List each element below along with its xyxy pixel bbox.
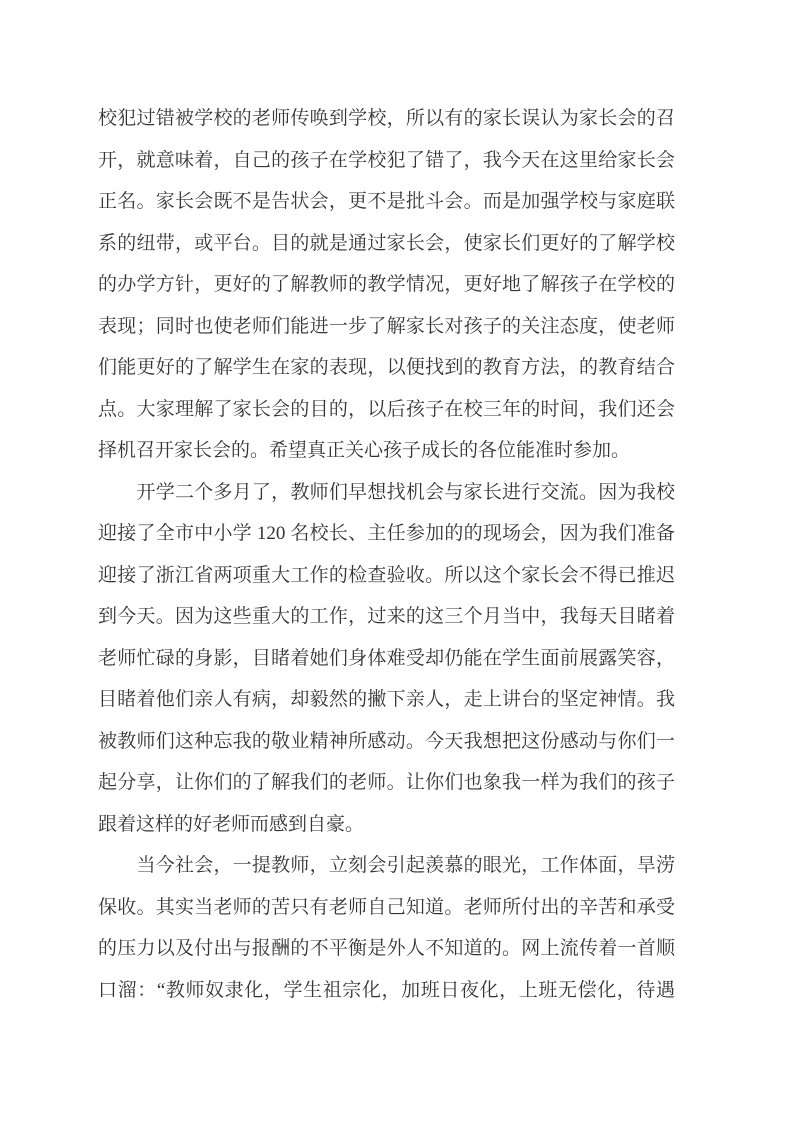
text-line: 迎接了浙江省两项重大工作的检查验收。所以这个家长会不得已推迟 xyxy=(98,555,675,597)
paragraph: 当今社会，一提教师，立刻会引起羡慕的眼光，工作体面，旱涝保收。其实当老师的苦只有… xyxy=(98,845,675,1011)
text-line: 开，就意味着，自己的孩子在学校犯了错了，我今天在这里给家长会 xyxy=(98,140,675,182)
text-line: 跟着这样的好老师而感到自豪。 xyxy=(98,804,675,846)
text-line: 表现；同时也使老师们能进一步了解家长对孩子的关注态度，使老师 xyxy=(98,306,675,348)
text-line: 被教师们这种忘我的敬业精神所感动。今天我想把这份感动与你们一 xyxy=(98,721,675,763)
document-page: 校犯过错被学校的老师传唤到学校，所以有的家长误认为家长会的召开，就意味着，自己的… xyxy=(0,0,793,1122)
text-line: 口溜：“教师奴隶化，学生祖宗化，加班日夜化，上班无偿化，待遇 xyxy=(98,970,675,1012)
text-line: 们能更好的了解学生在家的表现，以便找到的教育方法，的教育结合 xyxy=(98,347,675,389)
text-line: 点。大家理解了家长会的目的，以后孩子在校三年的时间，我们还会 xyxy=(98,389,675,431)
text-line: 校犯过错被学校的老师传唤到学校，所以有的家长误认为家长会的召 xyxy=(98,98,675,140)
text-line: 当今社会，一提教师，立刻会引起羡慕的眼光，工作体面，旱涝 xyxy=(98,845,675,887)
document-text-body: 校犯过错被学校的老师传唤到学校，所以有的家长误认为家长会的召开，就意味着，自己的… xyxy=(98,98,675,1011)
paragraph: 开学二个多月了，教师们早想找机会与家长进行交流。因为我校迎接了全市中小学 120… xyxy=(98,472,675,846)
paragraph: 校犯过错被学校的老师传唤到学校，所以有的家长误认为家长会的召开，就意味着，自己的… xyxy=(98,98,675,472)
text-line: 正名。家长会既不是告状会，更不是批斗会。而是加强学校与家庭联 xyxy=(98,181,675,223)
text-line: 的办学方针，更好的了解教师的教学情况，更好地了解孩子在学校的 xyxy=(98,264,675,306)
text-line: 开学二个多月了，教师们早想找机会与家长进行交流。因为我校 xyxy=(98,472,675,514)
text-line: 保收。其实当老师的苦只有老师自己知道。老师所付出的辛苦和承受 xyxy=(98,887,675,929)
text-line: 目睹着他们亲人有病，却毅然的撇下亲人，走上讲台的坚定神情。我 xyxy=(98,679,675,721)
text-line: 老师忙碌的身影，目睹着她们身体难受却仍能在学生面前展露笑容， xyxy=(98,638,675,680)
text-line: 择机召开家长会的。希望真正关心孩子成长的各位能准时参加。 xyxy=(98,430,675,472)
text-line: 到今天。因为这些重大的工作，过来的这三个月当中，我每天目睹着 xyxy=(98,596,675,638)
text-line: 系的纽带，或平台。目的就是通过家长会，使家长们更好的了解学校 xyxy=(98,223,675,265)
text-line: 的压力以及付出与报酬的不平衡是外人不知道的。网上流传着一首顺 xyxy=(98,928,675,970)
text-line: 迎接了全市中小学 120 名校长、主任参加的的现场会，因为我们准备 xyxy=(98,513,675,555)
text-line: 起分享，让你们的了解我们的老师。让你们也象我一样为我们的孩子 xyxy=(98,762,675,804)
